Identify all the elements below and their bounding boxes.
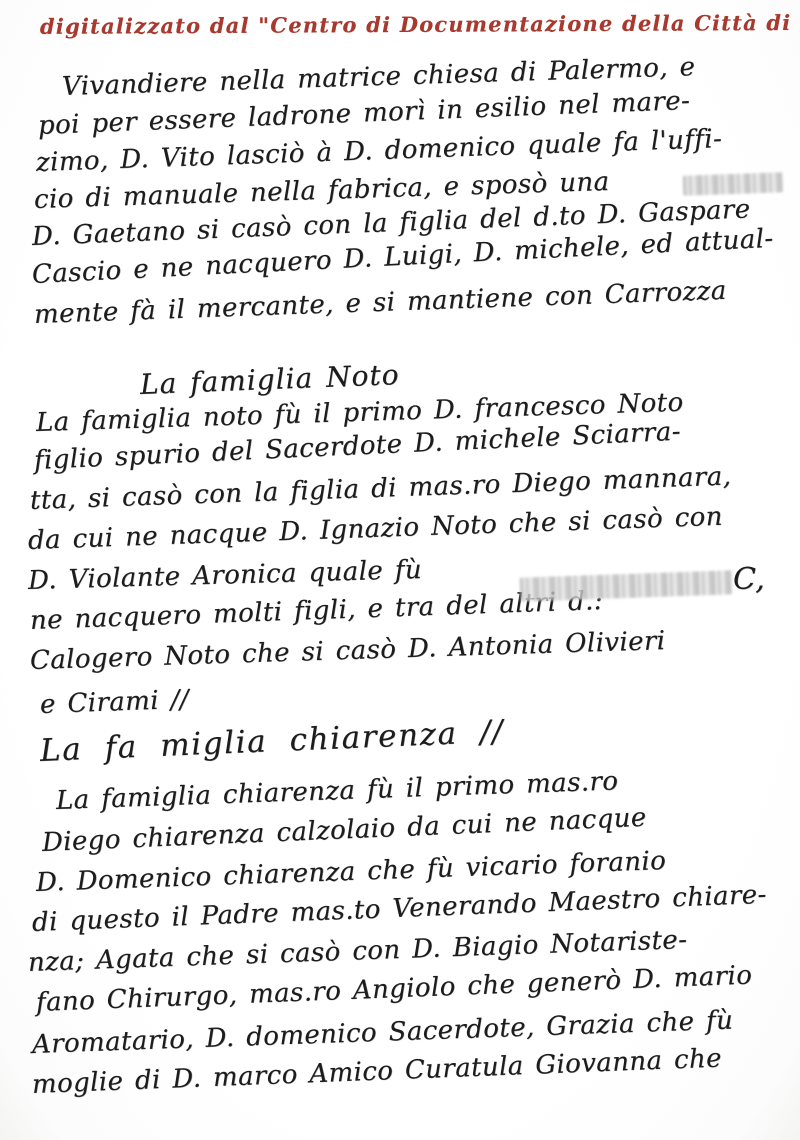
noto-section-heading: La famiglia Noto (139, 358, 400, 401)
redaction-smudge-2 (520, 570, 733, 601)
chiarenza-section-heading: La fa miglia chiarenza // (39, 714, 505, 769)
manuscript-line: Calogero Noto che si casò D. Antonia Oli… (30, 626, 666, 676)
digitization-stamp: digitalizzato dal "Centro di Documentazi… (40, 10, 760, 39)
manuscript-line: D. Violante Aronica quale fù (28, 555, 423, 596)
redaction-smudge-1 (683, 172, 784, 195)
manuscript-line-fragment: C, (733, 562, 765, 597)
scanned-manuscript-page: digitalizzato dal "Centro di Documentazi… (0, 0, 800, 1140)
manuscript-line: e Cirami // (39, 685, 189, 720)
